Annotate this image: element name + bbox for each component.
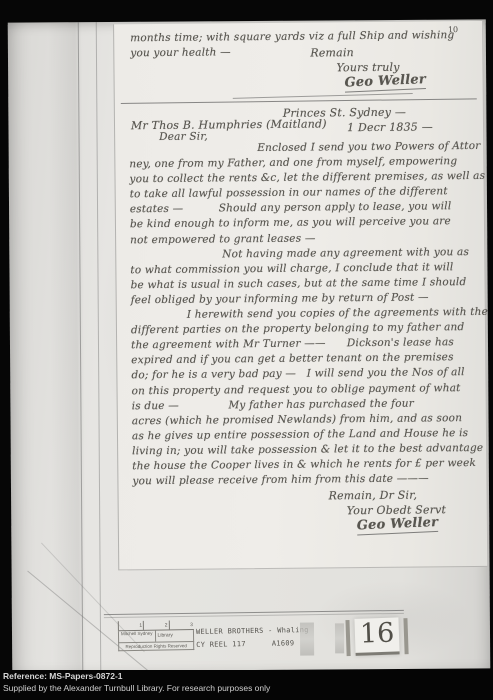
letter-signature: Geo Weller <box>357 515 439 536</box>
scale-number: 1 <box>118 621 143 630</box>
backing-sheet-edge <box>104 610 404 618</box>
letter-date: 1 Decr 1835 — <box>347 120 433 134</box>
fold-line-right <box>96 22 102 671</box>
scale-number: 3 <box>168 620 193 629</box>
signature-flourish-line <box>233 93 413 99</box>
tape-mark <box>300 623 314 656</box>
reference-text: Reference: MS-Papers-0872-1 <box>0 670 493 682</box>
letter-line: you will please receive from him from th… <box>132 471 480 489</box>
reproduction-rights-text: Reproduction Rights Reserved <box>118 642 194 651</box>
letter-sheet: 10 months time; with square yards viz a … <box>113 21 488 571</box>
microfilm-scan: { "scan": { "page_number": "10", "item_n… <box>0 0 493 700</box>
supplied-by-text: Supplied by the Alexander Turnbull Libra… <box>0 682 493 694</box>
mitchell-library-stamp: 1 2 3 Mitchell Sydney Library Reproducti… <box>118 620 194 651</box>
letter-divider-rule <box>121 98 477 104</box>
item-number-tag: 16 <box>345 617 409 656</box>
catalogue-reel: CY REEL 117 <box>196 640 246 649</box>
previous-letter-closing: Yours truly <box>336 61 399 75</box>
tape-mark <box>335 623 344 653</box>
letter-closing: Remain, Dr Sir, <box>329 489 418 503</box>
tag-bar <box>345 620 350 656</box>
previous-letter-line: you your health — <box>130 46 231 59</box>
catalogue-code: A1609 <box>272 639 295 647</box>
letter-body: Enclosed I send you two Powers of Attor … <box>129 139 480 489</box>
scanned-paper: 10 months time; with square yards viz a … <box>8 19 491 671</box>
previous-letter-closing: Remain <box>310 46 354 59</box>
catalogue-reel-row: CY REEL 117 A1609 <box>196 639 309 649</box>
catalogue-title: WELLER BROTHERS - Whaling <box>196 626 309 636</box>
previous-letter-line: months time; with square yards viz a ful… <box>130 29 454 44</box>
item-number: 16 <box>354 617 400 655</box>
tag-bar <box>404 618 409 654</box>
stamp-cell-library: Library <box>155 630 174 641</box>
previous-letter-signature: Geo Weller <box>344 72 426 93</box>
catalogue-label: WELLER BROTHERS - Whaling CY REEL 117 A1… <box>196 626 309 649</box>
caption-bar: Reference: MS-Papers-0872-1 Supplied by … <box>0 670 493 700</box>
stamp-cell-mitchell-sydney: Mitchell Sydney <box>119 631 156 643</box>
scale-number: 2 <box>143 620 168 629</box>
